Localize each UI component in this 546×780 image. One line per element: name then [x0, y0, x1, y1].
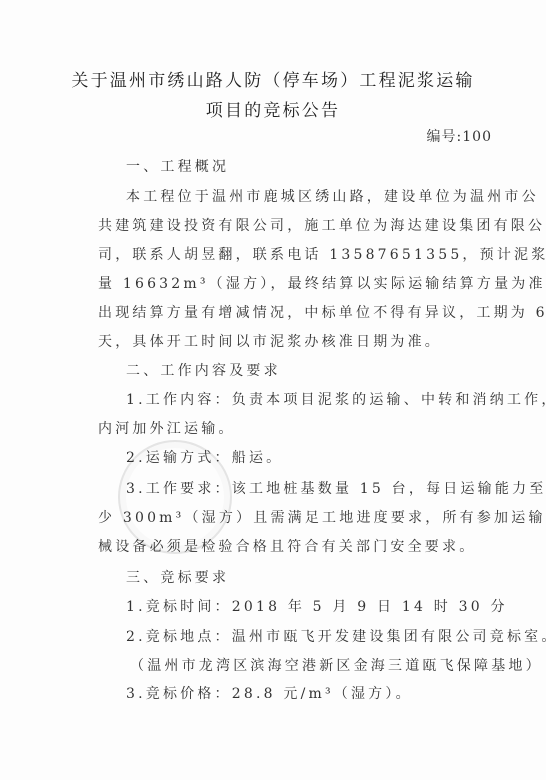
paragraph-line: 2.运输方式：船运。 [126, 448, 522, 468]
paragraph-line: 天，具体开工时间以市泥浆办核准日期为准。 [98, 332, 494, 352]
section-heading-bid-requirements: 三、竞标要求 [126, 568, 522, 588]
document-page: 关于温州市绣山路人防（停车场）工程泥浆运输 项目的竞标公告 编号:100 一、工… [0, 0, 546, 780]
paragraph-line: 量 16632m³（湿方），最终结算以实际运输结算方量为准，如 [98, 274, 494, 294]
paragraph-line: 本工程位于温州市鹿城区绣山路，建设单位为温州市公 [126, 187, 492, 207]
paragraph-line: 少 300m³（湿方）且需满足工地进度要求，所有参加运输机 [98, 508, 494, 528]
paragraph-line: （温州市龙湾区滨海空港新区金海三道瓯飞保障基地） [130, 656, 526, 676]
paragraph-line: 内河加外江运输。 [98, 419, 494, 439]
section-heading-work-content: 二、工作内容及要求 [126, 361, 522, 381]
section-heading-overview: 一、工程概况 [126, 157, 522, 177]
paragraph-line: 械设备必须是检验合格且符合有关部门安全要求。 [98, 537, 494, 557]
paragraph-line: 2.竞标地点：温州市瓯飞开发建设集团有限公司竞标室。 [126, 627, 522, 647]
paragraph-line: 3.竞标价格：28.8 元/m³（湿方）。 [126, 684, 522, 704]
document-title-line1: 关于温州市绣山路人防（停车场）工程泥浆运输 [0, 66, 546, 91]
paragraph-line: 司，联系人胡昱翻，联系电话 13587651355，预计泥浆工程 [98, 245, 494, 265]
paragraph-line: 1.竞标时间：2018 年 5 月 9 日 14 时 30 分 [126, 597, 522, 617]
document-number: 编号:100 [427, 126, 492, 146]
document-title-line2: 项目的竞标公告 [0, 96, 546, 121]
paragraph-line: 出现结算方量有增减情况，中标单位不得有异议，工期为 60 [98, 303, 494, 323]
paragraph-line: 3.工作要求：该工地桩基数量 15 台，每日运输能力至 [126, 479, 522, 499]
paragraph-line: 共建筑建设投资有限公司，施工单位为海达建设集团有限公 [98, 216, 494, 236]
paragraph-line: 1.工作内容：负责本项目泥浆的运输、中转和消纳工作， [126, 390, 522, 410]
